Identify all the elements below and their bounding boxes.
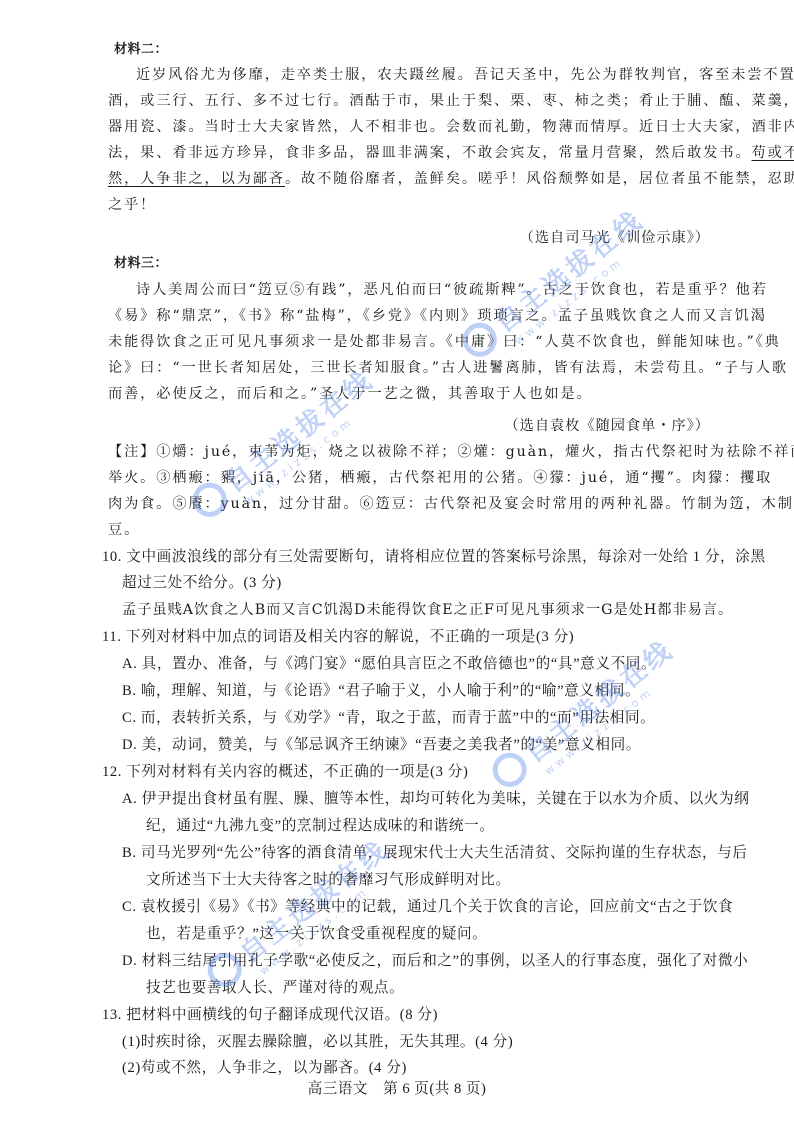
underlined-sentence: 然，人争非之，以为鄙吝 xyxy=(108,171,285,187)
question-12-option-c: C. 袁枚援引《易》《书》等经典中的记载，通过几个关于饮食的言论，回应前文“古之… xyxy=(122,897,728,917)
question-10-stem: 10. 文中画波浪线的部分有三处需要断句，请将相应位置的答案标号涂黑，每涂对一处… xyxy=(102,547,708,567)
material3-line: 而善，必使反之，而后和之。”圣人于一艺之微，其善取于人也如是。 xyxy=(108,384,714,404)
question-11-option-b: B. 喻，理解、知道，与《论语》“君子喻于义，小人喻于利”的“喻”意义相同。 xyxy=(122,681,728,701)
page-footer: 高三语文 第 6 页(共 8 页) xyxy=(0,1077,794,1098)
question-12-option-d-cont: 技艺也要善取人长、严谨对待的观点。 xyxy=(146,978,752,998)
question-12-option-c-cont: 也，若是重乎？”这一关于饮食受重视程度的疑问。 xyxy=(146,924,752,944)
note-line: 【注】①爝：jué，束苇为炬，烧之以祓除不祥；②爟：guàn，爟火，指古代祭祀时… xyxy=(108,442,714,462)
material2-line: 酒，或三行、五行、多不过七行。酒酤于市，果止于梨、栗、枣、柿之类；肴止于脯、醢、… xyxy=(108,91,714,111)
question-11-option-d: D. 美，动词，赞美，与《邹忌讽齐王纳谏》“吾妻之美我者”的“美”意义相同。 xyxy=(122,735,728,755)
material2-heading: 材料二： xyxy=(114,40,720,60)
material3-heading: 材料三： xyxy=(114,254,720,274)
note-line: 举火。③栖瘢：豭，jiā，公猪，栖瘢，古代祭祀用的公猪。④獴：jué，通“攫”。… xyxy=(108,468,714,488)
question-12-option-b-cont: 文所述当下士大夫待客之时的奢靡习气形成鲜明对比。 xyxy=(146,870,752,890)
material2-line: 近岁风俗尤为侈靡，走卒类士服，农夫蹑丝履。吾记天圣中，先公为群牧判官，客至未尝不… xyxy=(136,65,714,85)
material3-line: 论》曰：“一世长者知居处，三世长者知服食。”古人进鬐离肺，皆有法焉，未尝苟且。“… xyxy=(108,358,714,378)
exam-page: 材料二： 近岁风俗尤为侈靡，走卒类士服，农夫蹑丝履。吾记天圣中，先公为群牧判官，… xyxy=(0,0,794,1123)
note-line: 肉为食。⑤餍：yuàn，过分甘甜。⑥笾豆：古代祭祀及宴会时常用的两种礼器。竹制为… xyxy=(108,494,714,514)
material2-text: 。故不随俗靡者，盖鲜矣。嗟乎！风俗颓弊如是，居位者虽不能禁，忍助 xyxy=(285,171,794,187)
material2-text: 法，果、肴非远方珍异，食非多品，器皿非满案，不敢会宾友，常量月营聚，然后敢发书。 xyxy=(108,145,752,161)
question-12-option-a: A. 伊尹提出食材虽有腥、臊、膻等本性，却均可转化为美味，关键在于以水为介质、以… xyxy=(122,789,728,809)
question-12-option-b: B. 司马光罗列“先公”待客的酒食清单，展现宋代士大夫生活清贫、交际拘谨的生存状… xyxy=(122,843,728,863)
question-13-part-1: (1)时疾时徐，灭腥去臊除膻，必以其胜，无失其理。(4 分) xyxy=(122,1032,728,1052)
material2-line: 之乎！ xyxy=(108,195,714,215)
underlined-sentence: 苟或不 xyxy=(752,145,794,161)
question-11-option-c: C. 而，表转折关系，与《劝学》“青，取之于蓝，而青于蓝”中的“而”用法相同。 xyxy=(122,708,728,728)
question-12-option-a-cont: 纪，通过“九沸九变”的烹制过程达成味的和谐统一。 xyxy=(146,816,752,836)
question-11-stem: 11. 下列对材料中加点的词语及相关内容的解说，不正确的一项是(3 分) xyxy=(102,627,708,647)
question-12-stem: 12. 下列对材料有关内容的概述，不正确的一项是(3 分) xyxy=(102,762,708,782)
material2-line: 然，人争非之，以为鄙吝。故不随俗靡者，盖鲜矣。嗟乎！风俗颓弊如是，居位者虽不能禁… xyxy=(108,169,714,189)
material2-source: （选自司马光《训俭示康》） xyxy=(520,228,710,248)
material3-line: 诗人美周公而曰“笾豆⑤有践”，恶凡伯而曰“彼疏斯粺”。古之于饮食也，若是重乎？他… xyxy=(136,280,714,300)
question-12-option-d: D. 材料三结尾引用孔子学歌“必使反之，而后和之”的事例，以圣人的行事态度，强化… xyxy=(122,951,728,971)
material2-line: 器用瓷、漆。当时士大夫家皆然，人不相非也。会数而礼勤，物薄而情厚。近日士大夫家，… xyxy=(108,117,714,137)
question-13-stem: 13. 把材料中画横线的句子翻译成现代汉语。(8 分) xyxy=(102,1005,708,1025)
question-10-segment: 孟子虽贱A饮食之人B而又言C饥渴D未能得饮食E之正F可见凡事须求一G是处H都非易… xyxy=(122,600,728,620)
material3-line: 未能得饮食之正可见凡事须求一是处都非易言。《中庸》曰：“人莫不饮食也，鲜能知味也… xyxy=(108,332,714,352)
question-10-stem: 超过三处不给分。(3 分) xyxy=(122,573,728,593)
material3-line: 《易》称“鼎烹”，《书》称“盐梅”，《乡党》《内则》琐琐言之。孟子虽贱饮食之人而… xyxy=(108,306,714,326)
question-13-part-2: (2)苟或不然，人争非之，以为鄙吝。(4 分) xyxy=(122,1058,728,1078)
question-11-option-a: A. 具，置办、准备，与《鸿门宴》“愿伯具言臣之不敢倍德也”的“具”意义不同。 xyxy=(122,654,728,674)
material2-line: 法，果、肴非远方珍异，食非多品，器皿非满案，不敢会宾友，常量月营聚，然后敢发书。… xyxy=(108,143,714,163)
note-line: 豆。 xyxy=(108,520,714,540)
material3-source: （选自袁枚《随园食单・序》） xyxy=(504,416,710,436)
